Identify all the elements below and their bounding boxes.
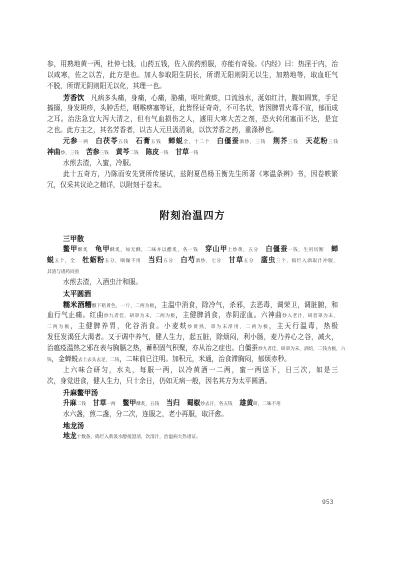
ingredient: 蝉蜕全，十二个 (168, 137, 210, 145)
document-page: 参，用熟地黄一两，杜仲七钱，山药五钱，佐入前药煎服，亦能有奇验。《内经》曰：热淫… (0, 0, 398, 577)
text-line: 水六盏，煎二盏，分二次，连服之，老小再服，取汗愈。 (47, 409, 338, 420)
text-line: 次，身觉进食，健人生力，只十余日，仍如无病一般，因名其方为太平圆酒。 (47, 376, 338, 387)
ingredient-dose-note: 酥炙，五钱 (136, 402, 159, 407)
ingredient-name: 白茯苓 (96, 137, 119, 145)
annotation: 二两为极 (47, 325, 70, 330)
text-run: 发狂发渴狂大渴者。又于调中养气，健人生力，起五脏，除烦闷，利小肠，麦乃养心之谷，… (47, 333, 338, 341)
ingredient-name: 雄黄 (240, 399, 254, 407)
ingredient-dose-note: 土炒黄，五分 (227, 248, 258, 253)
ingredient: 地龙十数条，捣烂入新汲水醇搅澄清，饮清汁，治温病大热诸证。 (63, 432, 201, 440)
text-line: 治瘟疫温热之邪在表与胸膈之热，蓄积固气积聚，亦从治之症也。白僵蚕炒九者佳，研罩为… (47, 343, 338, 354)
text-run: ，主温中消食，除冷气，杀邪，去恶毒，调荣卫，调脏腑，和 (154, 301, 338, 309)
ingredient: 蝉 (331, 245, 338, 253)
ingredient: 鳖甲酥炙，五钱 (123, 399, 160, 407)
text-run: 次，身觉进食，健人生力，只十余日，仍如无病一般，因名其方为太平圆酒。 (47, 377, 271, 385)
ingredient-dose-note: 酥炙 (78, 248, 88, 253)
ingredient: 当归五分 (148, 256, 173, 264)
text-line: 钱，金蝉蜕去土去头去足，二钱，二味前已注明。加积元，米通，治食滞胸闷，郁烦赤秒。 (47, 354, 338, 365)
text-run: 参，用熟地黄一两，杜仲七钱，山药五钱，佐入前药煎服，亦能有奇验。《内经》曰：热淫… (47, 60, 338, 68)
text-line: 其渣与诸药同煎 (47, 266, 338, 277)
text-run: ，二味前已注明。加积元，米通，治食滞胸闷，郁烦赤秒。 (119, 355, 290, 363)
text-run: 之耳。治法急宜大泻大清之，但有气血损伤之人，遽用大寒大苦之剂，恐火转闭塞而不达，… (47, 115, 338, 123)
text-line: 此十五奇方，乃陈而安先贤所传屡试，兹附夏邑杨玉衡先生所著《寒温条辨》书，因卷帙繁 (47, 169, 338, 180)
ingredient-dose-note: 炒去汗，各五钱 (200, 402, 232, 407)
ingredient: 蜕五个，全 (47, 256, 75, 264)
ingredient: 雄黄研，二味不用 (240, 399, 281, 407)
ingredient: 苦参三钱 (86, 148, 109, 156)
ingredient-dose-note: 研，二味不用 (253, 402, 281, 407)
ingredient-name: 甘草 (175, 148, 189, 156)
ingredient-name: 穿山甲 (205, 245, 227, 253)
text-line: 神曲炒，三钱苦参三钱黄芩二钱陈皮一钱甘草一钱 (47, 147, 338, 158)
text-line: 芳香饮 凡病多头痛，身痛，心痛，胁痛，呕吐黄痰，口流浊水，涎如红汁，腹如圆箕，手… (47, 92, 338, 103)
formula-name: 地龙汤 (47, 420, 338, 431)
ingredient: 黄芩二钱 (116, 148, 139, 156)
ingredient: 其渣与诸药同煎 (47, 267, 79, 275)
ingredient-list: 鳖甲酥炙龟甲酥炙，如无酥，二味并以醋炙，各一钱穿山甲土炒黄，五分白僵蚕一钱，生用… (47, 244, 338, 277)
ingredient-dose-note: 五钱 (151, 140, 162, 145)
ingredient-name: 蝉蜕 (168, 137, 183, 145)
text-run: ，金蝉蜕 (52, 355, 78, 363)
ingredient-dose-note: 五分，咽燥不用 (105, 259, 142, 264)
ingredient-name: 黄芩 (116, 148, 130, 156)
ingredient: 白僵蚕酒炒，三钱 (217, 137, 266, 145)
ingredient: 白芍酒炒，七分 (181, 256, 222, 264)
formula-heading: 地龙汤 (47, 420, 338, 431)
ingredient-dose-note: 炒，三钱 (61, 151, 79, 156)
section-title: 附刻治温四方 (47, 210, 338, 224)
ingredient: 牡蛎粉五分，咽燥不用 (82, 256, 141, 264)
text-line: 发狂发渴狂大渴者。又于调中养气，健人生力，起五脏，除烦闷，利小肠，麦乃养心之谷，… (47, 332, 338, 343)
ingredient-name: 荆芥 (273, 137, 288, 145)
text-run: ，主健脾养胃，化谷消食。小麦麸 (70, 322, 187, 330)
ingredient-dose-note: 其渣与诸药同煎 (47, 270, 79, 275)
ingredient-name: 陈皮 (146, 148, 160, 156)
ingredient-name: 蜀椒 (187, 399, 201, 407)
ingredient-dose-note: 三钱 (288, 140, 299, 145)
ingredient-name: 䗪虫 (261, 256, 276, 264)
ingredient: 神曲炒，三钱 (47, 148, 79, 156)
formula-name: 糯米酒糟 (63, 300, 92, 309)
ingredient-dose-note: 三钱 (328, 140, 338, 145)
ingredient-dose-note: 一钱，生用切断 (288, 248, 324, 253)
ingredient-name: 当归 (166, 399, 180, 407)
paragraph: 水煎去渣，入酒虫汁和服。 (47, 277, 338, 288)
ingredient-dose-note: 三个，捣烂入酒取汁冲服， (276, 259, 338, 264)
text-body: 参，用熟地黄一两，杜仲七钱，山药五钱，佐入前药煎服，亦能有奇验。《内经》曰：热淫… (47, 59, 338, 442)
annotation: 去土去头去足，二钱 (78, 358, 119, 363)
text-run: 上六味合研匀，水丸，每服一两，以冷黄酒一二两，蜜一两送下，日三次，如是三 (63, 366, 338, 374)
annotation: 酿下粘黄色，一斤，二两为极 (92, 304, 155, 309)
ingredient-dose-note: 五个，全 (54, 259, 75, 264)
text-run: 治瘟疫温热之邪在表与胸膈之热，蓄积固气积聚，亦从治之症也。白僵蚕 (47, 344, 258, 352)
text-line: 元参一两白茯苓五钱石膏五钱蝉蜕全，十二个白僵蚕酒炒，三钱荆芥三钱天花粉三钱 (47, 136, 338, 147)
text-line: 水煎去渣，入酒虫汁和服。 (47, 277, 338, 288)
ingredient: 甘草五分 (229, 256, 254, 264)
ingredient: 穿山甲土炒黄，五分 (205, 245, 258, 253)
text-line: 鳖甲酥炙龟甲酥炙，如无酥，二味并以醋炙，各一钱穿山甲土炒黄，五分白僵蚕一钱，生用… (47, 244, 338, 255)
ingredient-dose-note: 酒炒，七分 (196, 259, 222, 264)
text-run: 水六盏，煎二盏，分二次，连服之，老小再服，取汗愈。 (63, 410, 228, 418)
ingredient-name: 牡蛎粉 (82, 256, 104, 264)
formula-heading: 升麻鳖甲汤 (47, 387, 338, 398)
ingredient-dose-note: 五分 (163, 259, 173, 264)
ingredient-name: 白僵蚕 (217, 137, 240, 145)
text-run: 以咸寒，佐之以苦，此方是也。加人参取阳生阴长，所谓无阳则阴无以生，加熟地等，取血… (47, 71, 338, 79)
ingredient-dose-note: 一两 (106, 402, 115, 407)
text-run: 此十五奇方，乃陈而安先贤所传屡试，兹附夏邑杨玉衡先生所著《寒温条辨》书，因卷帙繁 (63, 170, 338, 178)
ingredient-name: 鳖甲 (63, 245, 78, 253)
paragraph: 水六盏，煎二盏，分二次，连服之，老小再服，取汗愈。 (47, 409, 338, 420)
ingredient-dose-note: 一两 (78, 140, 89, 145)
formula-heading: 太平圆酒 (47, 288, 338, 299)
text-run: ，主天行温毒，热极 (269, 322, 338, 330)
ingredient-dose-note: 三钱 (100, 151, 109, 156)
ingredient-name: 蝉 (331, 245, 338, 253)
paragraph: 此十五奇方，乃陈而安先贤所传屡试，兹附夏邑杨玉衡先生所著《寒温条辨》书，因卷帙繁… (47, 169, 338, 191)
text-line: 冗，仅采其议论之精详，以附刻于卷末。 (47, 180, 338, 191)
paragraph: 糯米酒糟酿下粘黄色，一斤，二两为极，主温中消食，除冷气，杀邪，去恶毒，调荣卫，调… (47, 299, 338, 365)
ingredient: 䗪虫三个，捣烂入酒取汁冲服， (261, 256, 338, 264)
text-run: ，主健脾消食，赤阴涩血。六神曲 (176, 311, 283, 319)
ingredient: 鳖甲酥炙 (63, 245, 88, 253)
text-run: 血行气止痛。红曲 (47, 311, 104, 319)
ingredient-name: 甘草 (93, 399, 107, 407)
text-line: 水煎去渣，入蜜，冷服。 (47, 158, 338, 169)
ingredient-dose-note: 全，十二个 (183, 140, 210, 145)
annotation: 炒九者佳，研罩为末，二两为极 (104, 314, 176, 319)
text-line: 糯米酒糟酿下粘黄色，一斤，二两为极，主温中消食，除冷气，杀邪，去恶毒，调荣卫，调… (47, 299, 338, 310)
ingredient: 甘草一两 (93, 399, 116, 407)
text-line: 以咸寒，佐之以苦，此方是也。加人参取阳生阴长，所谓无阳则阴无以生，加熟地等，取血… (47, 70, 338, 81)
ingredient: 白僵蚕一钱，生用切断 (266, 245, 325, 253)
ingredient-name: 鳖甲 (123, 399, 137, 407)
ingredient-name: 石膏 (136, 137, 151, 145)
ingredient-name: 当归 (148, 256, 163, 264)
ingredient-list: 升麻二钱甘草一两鳖甲酥炙，五钱当归蜀椒炒去汗，各五钱雄黄研，二味不用 (47, 398, 338, 409)
ingredient-dose-note: 酒炒，三钱 (239, 140, 266, 145)
ingredient: 甘草一钱 (175, 148, 198, 156)
text-run: 之也。此方主之，其名芳香者，以古人元旦汲清泉，以饮芳香之药，重涤秽也。 (47, 126, 278, 134)
ingredient-name: 天花粉 (306, 137, 329, 145)
ingredient-list: 元参一两白茯苓五钱石膏五钱蝉蜕全，十二个白僵蚕酒炒，三钱荆芥三钱天花粉三钱神曲炒… (47, 136, 338, 158)
ingredient-name: 白僵蚕 (266, 245, 288, 253)
ingredient-name: 甘草 (229, 256, 244, 264)
text-run: 水煎去渣，入蜜，冷服。 (63, 159, 136, 167)
text-run: 冗，仅采其议论之精详，以附刻于卷末。 (47, 181, 166, 189)
annotation: 炒黄熟，罩为末净用，二两为极 (187, 325, 268, 330)
ingredient: 当归 (166, 399, 180, 407)
text-run: 凡病多头痛，身痛，心痛，胁痛，呕吐黄痰，口流浊水，涎如红汁，腹如圆箕，手足 (84, 94, 338, 102)
text-line: 升麻二钱甘草一两鳖甲酥炙，五钱当归蜀椒炒去汗，各五钱雄黄研，二味不用 (47, 398, 338, 409)
text-line: 血行气止痛。红曲炒九者佳，研罩为末，二两为极，主健脾消食，赤阴涩血。六神曲炒入老… (47, 310, 338, 321)
text-line: 蜕五个，全牡蛎粉五分，咽燥不用当归五分白芍酒炒，七分甘草五分䗪虫三个，捣烂入酒取… (47, 255, 338, 266)
paragraph: 上六味合研匀，水丸，每服一两，以冷黄酒一二两，蜜一两送下，日三次，如是三次，身觉… (47, 365, 338, 387)
ingredient: 升麻二钱 (63, 399, 86, 407)
ingredient: 白茯苓五钱 (96, 137, 129, 145)
ingredient-name: 龟甲 (95, 245, 110, 253)
ingredient-name: 升麻 (63, 399, 77, 407)
annotation: 炒入老汁，研者罩为末， (282, 314, 338, 319)
ingredient-name: 神曲 (47, 148, 61, 156)
text-run: 搐搦，身发斑疹，头肿舌烂，咽喉痹塞等证，此皆怪证奇奇，不可名状，皆因脾胃火毒不宣… (47, 104, 338, 112)
text-line: 搐搦，身发斑疹，头肿舌烂，咽喉痹塞等证，此皆怪证奇奇，不可名状，皆因脾胃火毒不宣… (47, 103, 338, 114)
annotation: 炒九者佳，研罩为末，酒焙，二钱为极，六 (258, 347, 345, 352)
text-run: 水煎去渣，入酒虫汁和服。 (63, 278, 142, 286)
formula-name: 芳香饮 (63, 93, 84, 102)
ingredient: 荆芥三钱 (273, 137, 299, 145)
text-line: 二两为极，主健脾养胃，化谷消食。小麦麸炒黄熟，罩为末净用，二两为极，主天行温毒，… (47, 321, 338, 332)
ingredient-dose-note: 十数条，捣烂入新汲水醇搅澄清，饮清汁，治温病大热诸证。 (77, 435, 201, 440)
paragraph: 参，用熟地黄一两，杜仲七钱，山药五钱，佐入前药煎服，亦能有奇验。《内经》曰：热淫… (47, 59, 338, 92)
ingredient-dose-note: 二钱 (129, 151, 138, 156)
ingredient-dose-note: 一钱 (159, 151, 168, 156)
text-line: 参，用熟地黄一两，杜仲七钱，山药五钱，佐入前药煎服，亦能有奇验。《内经》曰：热淫… (47, 59, 338, 70)
ingredient-dose-note: 五钱 (118, 140, 129, 145)
text-line: 不脱，所谓无阴则阳无以化，其理一也。 (47, 81, 338, 92)
ingredient-dose-note: 一钱 (189, 151, 198, 156)
page-number: 953 (322, 499, 333, 506)
text-line: 之耳。治法急宜大泻大清之，但有气血损伤之人，遽用大寒大苦之剂，恐火转闭塞而不达，… (47, 114, 338, 125)
formula-name: 三甲散 (47, 233, 338, 244)
paragraph: 芳香饮 凡病多头痛，身痛，心痛，胁痛，呕吐黄痰，口流浊水，涎如红汁，腹如圆箕，手… (47, 92, 338, 136)
ingredient-dose-note: 五分 (244, 259, 254, 264)
formula-heading: 三甲散 (47, 233, 338, 244)
text-line: 之也。此方主之，其名芳香者，以古人元旦汲清泉，以饮芳香之药，重涤秽也。 (47, 125, 338, 136)
ingredient: 陈皮一钱 (146, 148, 169, 156)
ingredient-name: 白芍 (181, 256, 196, 264)
ingredient: 龟甲酥炙，如无酥，二味并以醋炙，各一钱 (95, 245, 198, 253)
ingredient-dose-note: 二钱 (77, 402, 86, 407)
ingredient: 元参一两 (63, 137, 89, 145)
paragraph: 水煎去渣，入蜜，冷服。 (47, 158, 338, 169)
ingredient: 天花粉三钱 (306, 137, 338, 145)
ingredient-name: 地龙 (63, 432, 77, 440)
ingredient-dose-note: 酥炙，如无酥，二味并以醋炙，各一钱 (110, 248, 198, 253)
text-line: 地龙十数条，捣烂入新汲水醇搅澄清，饮清汁，治温病大热诸证。 (47, 431, 338, 442)
ingredient: 蜀椒炒去汗，各五钱 (187, 399, 233, 407)
formula-name: 升麻鳖甲汤 (47, 387, 338, 398)
ingredient: 石膏五钱 (136, 137, 162, 145)
ingredient-name: 苦参 (86, 148, 100, 156)
ingredient-list: 地龙十数条，捣烂入新汲水醇搅澄清，饮清汁，治温病大热诸证。 (47, 431, 338, 442)
formula-name: 太平圆酒 (47, 288, 338, 299)
text-run: 不脱，所谓无阴则阳无以化，其理一也。 (47, 82, 166, 90)
text-line: 上六味合研匀，水丸，每服一两，以冷黄酒一二两，蜜一两送下，日三次，如是三 (47, 365, 338, 376)
ingredient-name: 元参 (63, 137, 78, 145)
